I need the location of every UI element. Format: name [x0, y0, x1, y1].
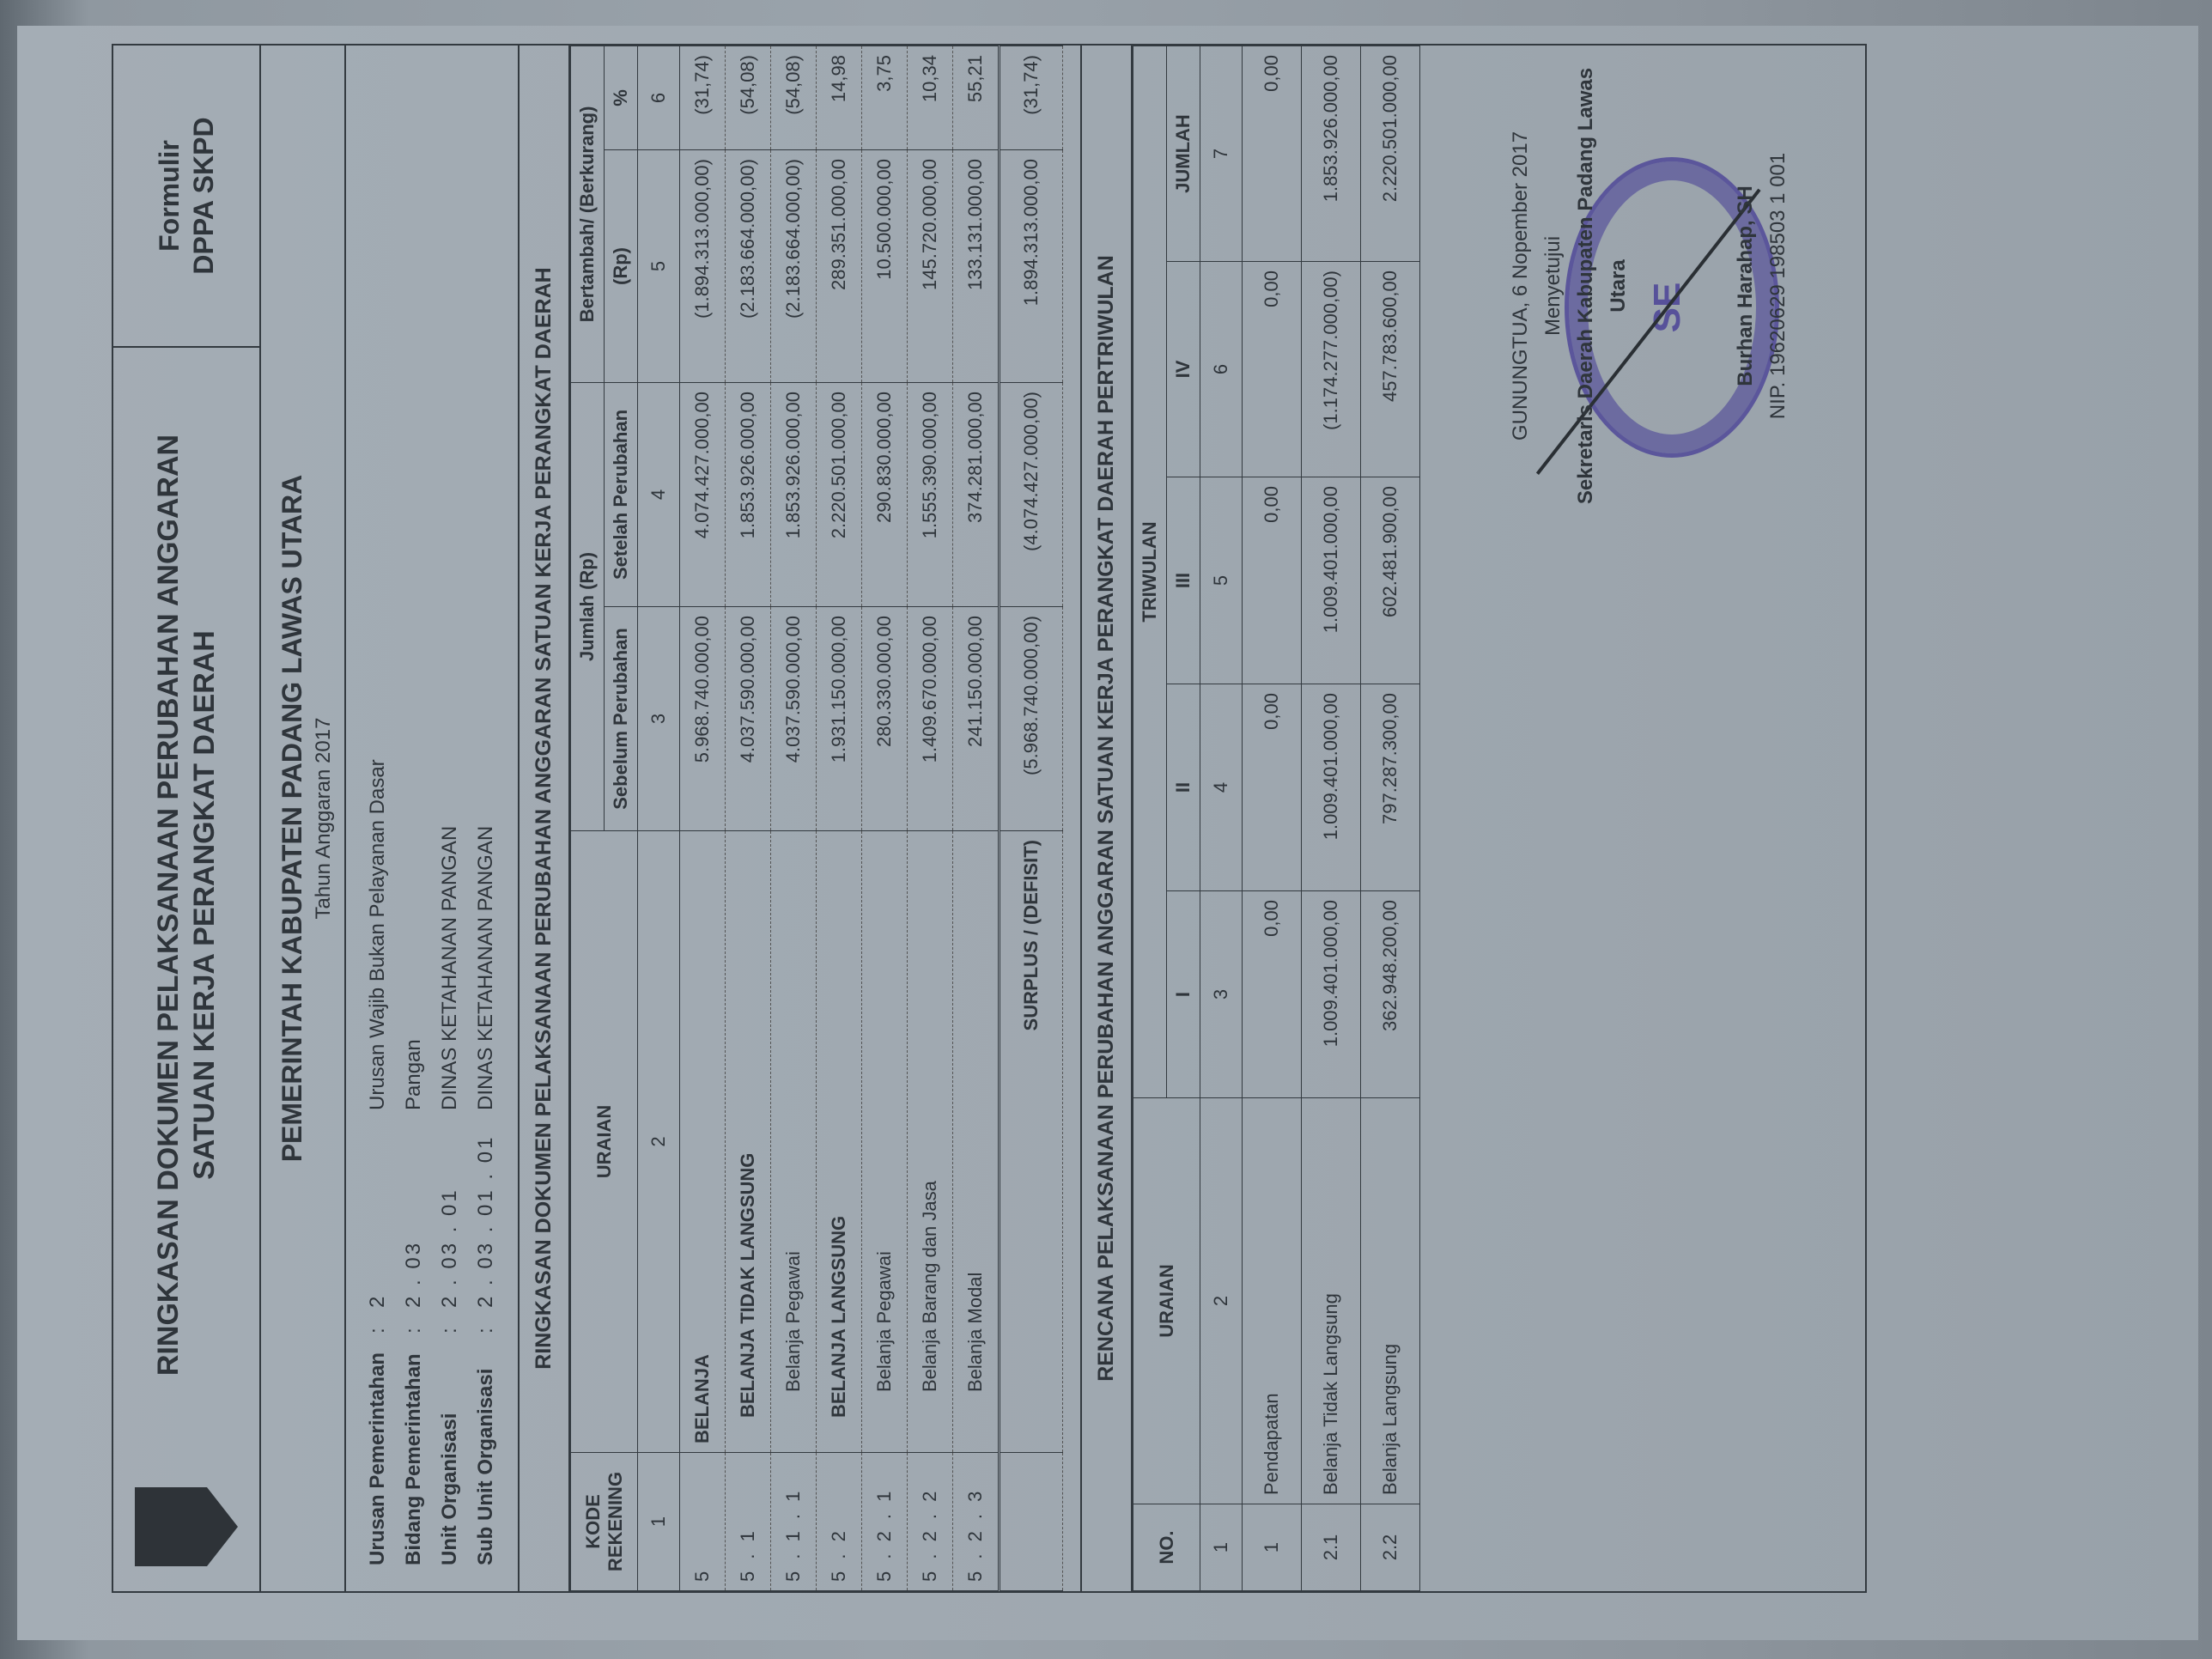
info-colon: :: [396, 1308, 432, 1334]
percent-change: (54,08): [726, 46, 771, 150]
header-triwulan: TRIWULAN: [1133, 46, 1167, 1098]
document-page: RINGKASAN DOKUMEN PELAKSANAAN PERUBAHAN …: [17, 26, 2198, 1640]
amount-before: 280.330.000,00: [862, 607, 908, 831]
quarter-q1: 0,00: [1243, 891, 1302, 1098]
column-number: 6: [638, 46, 680, 150]
quarter-q3: 0,00: [1243, 477, 1302, 684]
column-number: 7: [1200, 46, 1243, 262]
amount-after: 1.853.926.000,00: [771, 383, 817, 607]
organization-info: Urusan Pemerintahan:2Urusan Wajib Bukan …: [346, 46, 520, 1591]
info-colon: :: [432, 1308, 468, 1334]
info-code: 2 . 03: [396, 1110, 432, 1308]
amount-change: (1.894.313.000,00): [680, 150, 726, 383]
info-row: Bidang Pemerintahan:2 . 03Pangan: [396, 71, 432, 1565]
table-row: 1Pendapatan0,000,000,000,000,00: [1243, 46, 1302, 1591]
info-code: 2 . 03 . 01 . 01: [468, 1110, 504, 1308]
column-number: 2: [1200, 1098, 1243, 1504]
header-bertambah: Bertambah/ (Berkurang): [571, 46, 605, 383]
amount-before: 241.150.000,00: [953, 607, 1000, 831]
percent-change: 3,75: [862, 46, 908, 150]
info-colon: :: [468, 1308, 504, 1334]
surplus-change: 1.894.313.000,00: [1000, 150, 1063, 383]
header-jumlah-q: JUMLAH: [1167, 46, 1200, 262]
row-description: Pendapatan: [1243, 1098, 1302, 1504]
account-code: 5 . 1: [726, 1453, 771, 1591]
percent-change: (54,08): [771, 46, 817, 150]
amount-change: 289.351.000,00: [817, 150, 862, 383]
row-number: 1: [1243, 1504, 1302, 1591]
info-value: Pangan: [396, 71, 432, 1110]
table-row: 5 . 2BELANJA LANGSUNG1.931.150.000,002.2…: [817, 46, 862, 1591]
row-number: 2.2: [1361, 1504, 1420, 1591]
account-description: Belanja Modal: [953, 831, 1000, 1453]
surplus-code: [1000, 1453, 1063, 1591]
amount-before: 1.931.150.000,00: [817, 607, 862, 831]
account-code: 5 . 2 . 2: [908, 1453, 953, 1591]
form-id: DPPA SKPD: [186, 117, 221, 274]
quarter-q2: 1.009.401.000,00: [1302, 684, 1361, 891]
account-description: BELANJA TIDAK LANGSUNG: [726, 831, 771, 1453]
table-row: 5BELANJA5.968.740.000,004.074.427.000,00…: [680, 46, 726, 1591]
column-number-row: 1234567: [1200, 46, 1243, 1591]
quarter-q3: 1.009.401.000,00: [1302, 477, 1361, 684]
quarter-q4: 457.783.600,00: [1361, 262, 1420, 477]
info-label: Unit Organisasi: [432, 1334, 468, 1565]
row-description: Belanja Tidak Langsung: [1302, 1098, 1361, 1504]
column-number: 3: [638, 607, 680, 831]
account-description: BELANJA LANGSUNG: [817, 831, 862, 1453]
column-number: 4: [1200, 684, 1243, 891]
info-row: Sub Unit Organisasi:2 . 03 . 01 . 01DINA…: [468, 71, 504, 1565]
table-row: 2.1Belanja Tidak Langsung1.009.401.000,0…: [1302, 46, 1361, 1591]
regency-logo: [113, 1462, 259, 1591]
header-q1: I: [1167, 891, 1200, 1098]
table-row: 5 . 2 . 3Belanja Modal241.150.000,00374.…: [953, 46, 1000, 1591]
info-code: 2: [360, 1110, 396, 1308]
header-setelah: Setelah Perubahan: [605, 383, 638, 607]
amount-before: 4.037.590.000,00: [726, 607, 771, 831]
info-code: 2 . 03 . 01: [432, 1110, 468, 1308]
column-number: 5: [1200, 477, 1243, 684]
column-number-row: 123456: [638, 46, 680, 1591]
table-row: 5 . 1BELANJA TIDAK LANGSUNG4.037.590.000…: [726, 46, 771, 1591]
header-jumlah: Jumlah (Rp): [571, 383, 605, 831]
row-number: 2.1: [1302, 1504, 1361, 1591]
header-pct: %: [605, 46, 638, 150]
info-value: Urusan Wajib Bukan Pelayanan Dasar: [360, 71, 396, 1110]
account-code: 5: [680, 1453, 726, 1591]
header-sebelum: Sebelum Perubahan: [605, 607, 638, 831]
amount-after: 2.220.501.000,00: [817, 383, 862, 607]
column-number: 3: [1200, 891, 1243, 1098]
info-value: DINAS KETAHANAN PANGAN: [468, 71, 504, 1110]
surplus-before: (5.968.740.000,00): [1000, 607, 1063, 831]
account-code: 5 . 2: [817, 1453, 862, 1591]
info-colon: :: [360, 1308, 396, 1334]
column-number: 2: [638, 831, 680, 1453]
percent-change: 55,21: [953, 46, 1000, 150]
account-description: Belanja Barang dan Jasa: [908, 831, 953, 1453]
info-value: DINAS KETAHANAN PANGAN: [432, 71, 468, 1110]
column-number: 4: [638, 383, 680, 607]
amount-before: 1.409.670.000,00: [908, 607, 953, 831]
percent-change: 10,34: [908, 46, 953, 150]
title-line-1: RINGKASAN DOKUMEN PELAKSANAAN PERUBAHAN …: [150, 434, 186, 1376]
header-q4: IV: [1167, 262, 1200, 477]
table-row: 5 . 2 . 2Belanja Barang dan Jasa1.409.67…: [908, 46, 953, 1591]
budget-summary-table: KODE REKENING URAIAN Jumlah (Rp) Bertamb…: [570, 46, 1063, 1591]
quarterly-plan-table: NO. URAIAN TRIWULAN I II III IV JUMLAH 1…: [1133, 46, 1420, 1591]
signer-name: Burhan Harahap, SH: [1729, 46, 1762, 526]
summary-title: RINGKASAN DOKUMEN PELAKSANAAN PERUBAHAN …: [520, 46, 570, 1591]
surplus-pct: (31,74): [1000, 46, 1063, 150]
account-code: 5 . 2 . 1: [862, 1453, 908, 1591]
signature-block: GUNUNGTUA, 6 Nopember 2017 Menyetujui Se…: [1504, 46, 1795, 526]
document-header: RINGKASAN DOKUMEN PELAKSANAAN PERUBAHAN …: [113, 46, 261, 1591]
column-number: 1: [638, 1453, 680, 1591]
amount-after: 1.853.926.000,00: [726, 383, 771, 607]
quarter-q4: 0,00: [1243, 262, 1302, 477]
amount-change: 10.500.000,00: [862, 150, 908, 383]
amount-change: 145.720.000,00: [908, 150, 953, 383]
account-code: 5 . 1 . 1: [771, 1453, 817, 1591]
approval-label: Menyetujui: [1537, 46, 1570, 526]
percent-change: 14,98: [817, 46, 862, 150]
amount-after: 1.555.390.000,00: [908, 383, 953, 607]
signer-position-2: Utara: [1602, 46, 1635, 526]
amount-change: (2.183.664.000,00): [771, 150, 817, 383]
info-label: Urusan Pemerintahan: [360, 1334, 396, 1565]
quarterly-title: RENCANA PELAKSANAAN PERUBAHAN ANGGARAN S…: [1080, 46, 1133, 1591]
info-row: Unit Organisasi:2 . 03 . 01DINAS KETAHAN…: [432, 71, 468, 1565]
column-number: 6: [1200, 262, 1243, 477]
header-no: NO.: [1133, 1504, 1200, 1591]
document-title: RINGKASAN DOKUMEN PELAKSANAAN PERUBAHAN …: [113, 348, 259, 1462]
table-row: 5 . 1 . 1Belanja Pegawai4.037.590.000,00…: [771, 46, 817, 1591]
column-number: 5: [638, 150, 680, 383]
percent-change: (31,74): [680, 46, 726, 150]
quarter-jumlah: 1.853.926.000,00: [1302, 46, 1361, 262]
account-description: Belanja Pegawai: [862, 831, 908, 1453]
header-rp: (Rp): [605, 150, 638, 383]
amount-before: 5.968.740.000,00: [680, 607, 726, 831]
quarter-q2: 0,00: [1243, 684, 1302, 891]
header-uraian-q: URAIAN: [1133, 1098, 1200, 1504]
surplus-row: SURPLUS / (DEFISIT)(5.968.740.000,00)(4.…: [1000, 46, 1063, 1591]
amount-after: 374.281.000,00: [953, 383, 1000, 607]
info-label: Bidang Pemerintahan: [396, 1334, 432, 1565]
document-frame: RINGKASAN DOKUMEN PELAKSANAAN PERUBAHAN …: [112, 44, 1867, 1593]
title-line-2: SATUAN KERJA PERANGKAT DAERAH: [186, 630, 222, 1180]
header-uraian: URAIAN: [571, 831, 638, 1453]
surplus-label: SURPLUS / (DEFISIT): [1000, 831, 1063, 1453]
header-q2: II: [1167, 684, 1200, 891]
info-row: Urusan Pemerintahan:2Urusan Wajib Bukan …: [360, 71, 396, 1565]
header-kode: KODE REKENING: [571, 1453, 638, 1591]
header-q3: III: [1167, 477, 1200, 684]
account-code: 5 . 2 . 3: [953, 1453, 1000, 1591]
government-block: PEMERINTAH KABUPATEN PADANG LAWAS UTARA …: [261, 46, 346, 1591]
row-description: Belanja Langsung: [1361, 1098, 1420, 1504]
account-description: Belanja Pegawai: [771, 831, 817, 1453]
signer-nip: NIP. 19620629 198503 1 001: [1762, 46, 1795, 526]
fiscal-year: Tahun Anggaran 2017: [312, 46, 336, 1591]
signer-position-1: Sekretaris Daerah Kabupaten Padang Lawas: [1570, 46, 1602, 526]
quarter-q4: (1.174.277.000,00): [1302, 262, 1361, 477]
government-name: PEMERINTAH KABUPATEN PADANG LAWAS UTARA: [276, 46, 308, 1591]
quarter-q3: 602.481.900,00: [1361, 477, 1420, 684]
amount-change: 133.131.000,00: [953, 150, 1000, 383]
info-label: Sub Unit Organisasi: [468, 1334, 504, 1565]
column-number: 1: [1200, 1504, 1243, 1591]
amount-before: 4.037.590.000,00: [771, 607, 817, 831]
table-row: 2.2Belanja Langsung362.948.200,00797.287…: [1361, 46, 1420, 1591]
place-date: GUNUNGTUA, 6 Nopember 2017: [1504, 46, 1537, 526]
form-label: Formulir: [152, 140, 186, 252]
amount-change: (2.183.664.000,00): [726, 150, 771, 383]
account-description: BELANJA: [680, 831, 726, 1453]
amount-after: 290.830.000,00: [862, 383, 908, 607]
form-code: Formulir DPPA SKPD: [113, 46, 259, 348]
surplus-after: (4.074.427.000,00): [1000, 383, 1063, 607]
quarter-q1: 1.009.401.000,00: [1302, 891, 1361, 1098]
quarter-jumlah: 0,00: [1243, 46, 1302, 262]
quarter-q2: 797.287.300,00: [1361, 684, 1420, 891]
quarter-jumlah: 2.220.501.000,00: [1361, 46, 1420, 262]
shield-emblem-icon: [135, 1487, 238, 1566]
table-row: 5 . 2 . 1Belanja Pegawai280.330.000,0029…: [862, 46, 908, 1591]
quarter-q1: 362.948.200,00: [1361, 891, 1420, 1098]
amount-after: 4.074.427.000,00: [680, 383, 726, 607]
